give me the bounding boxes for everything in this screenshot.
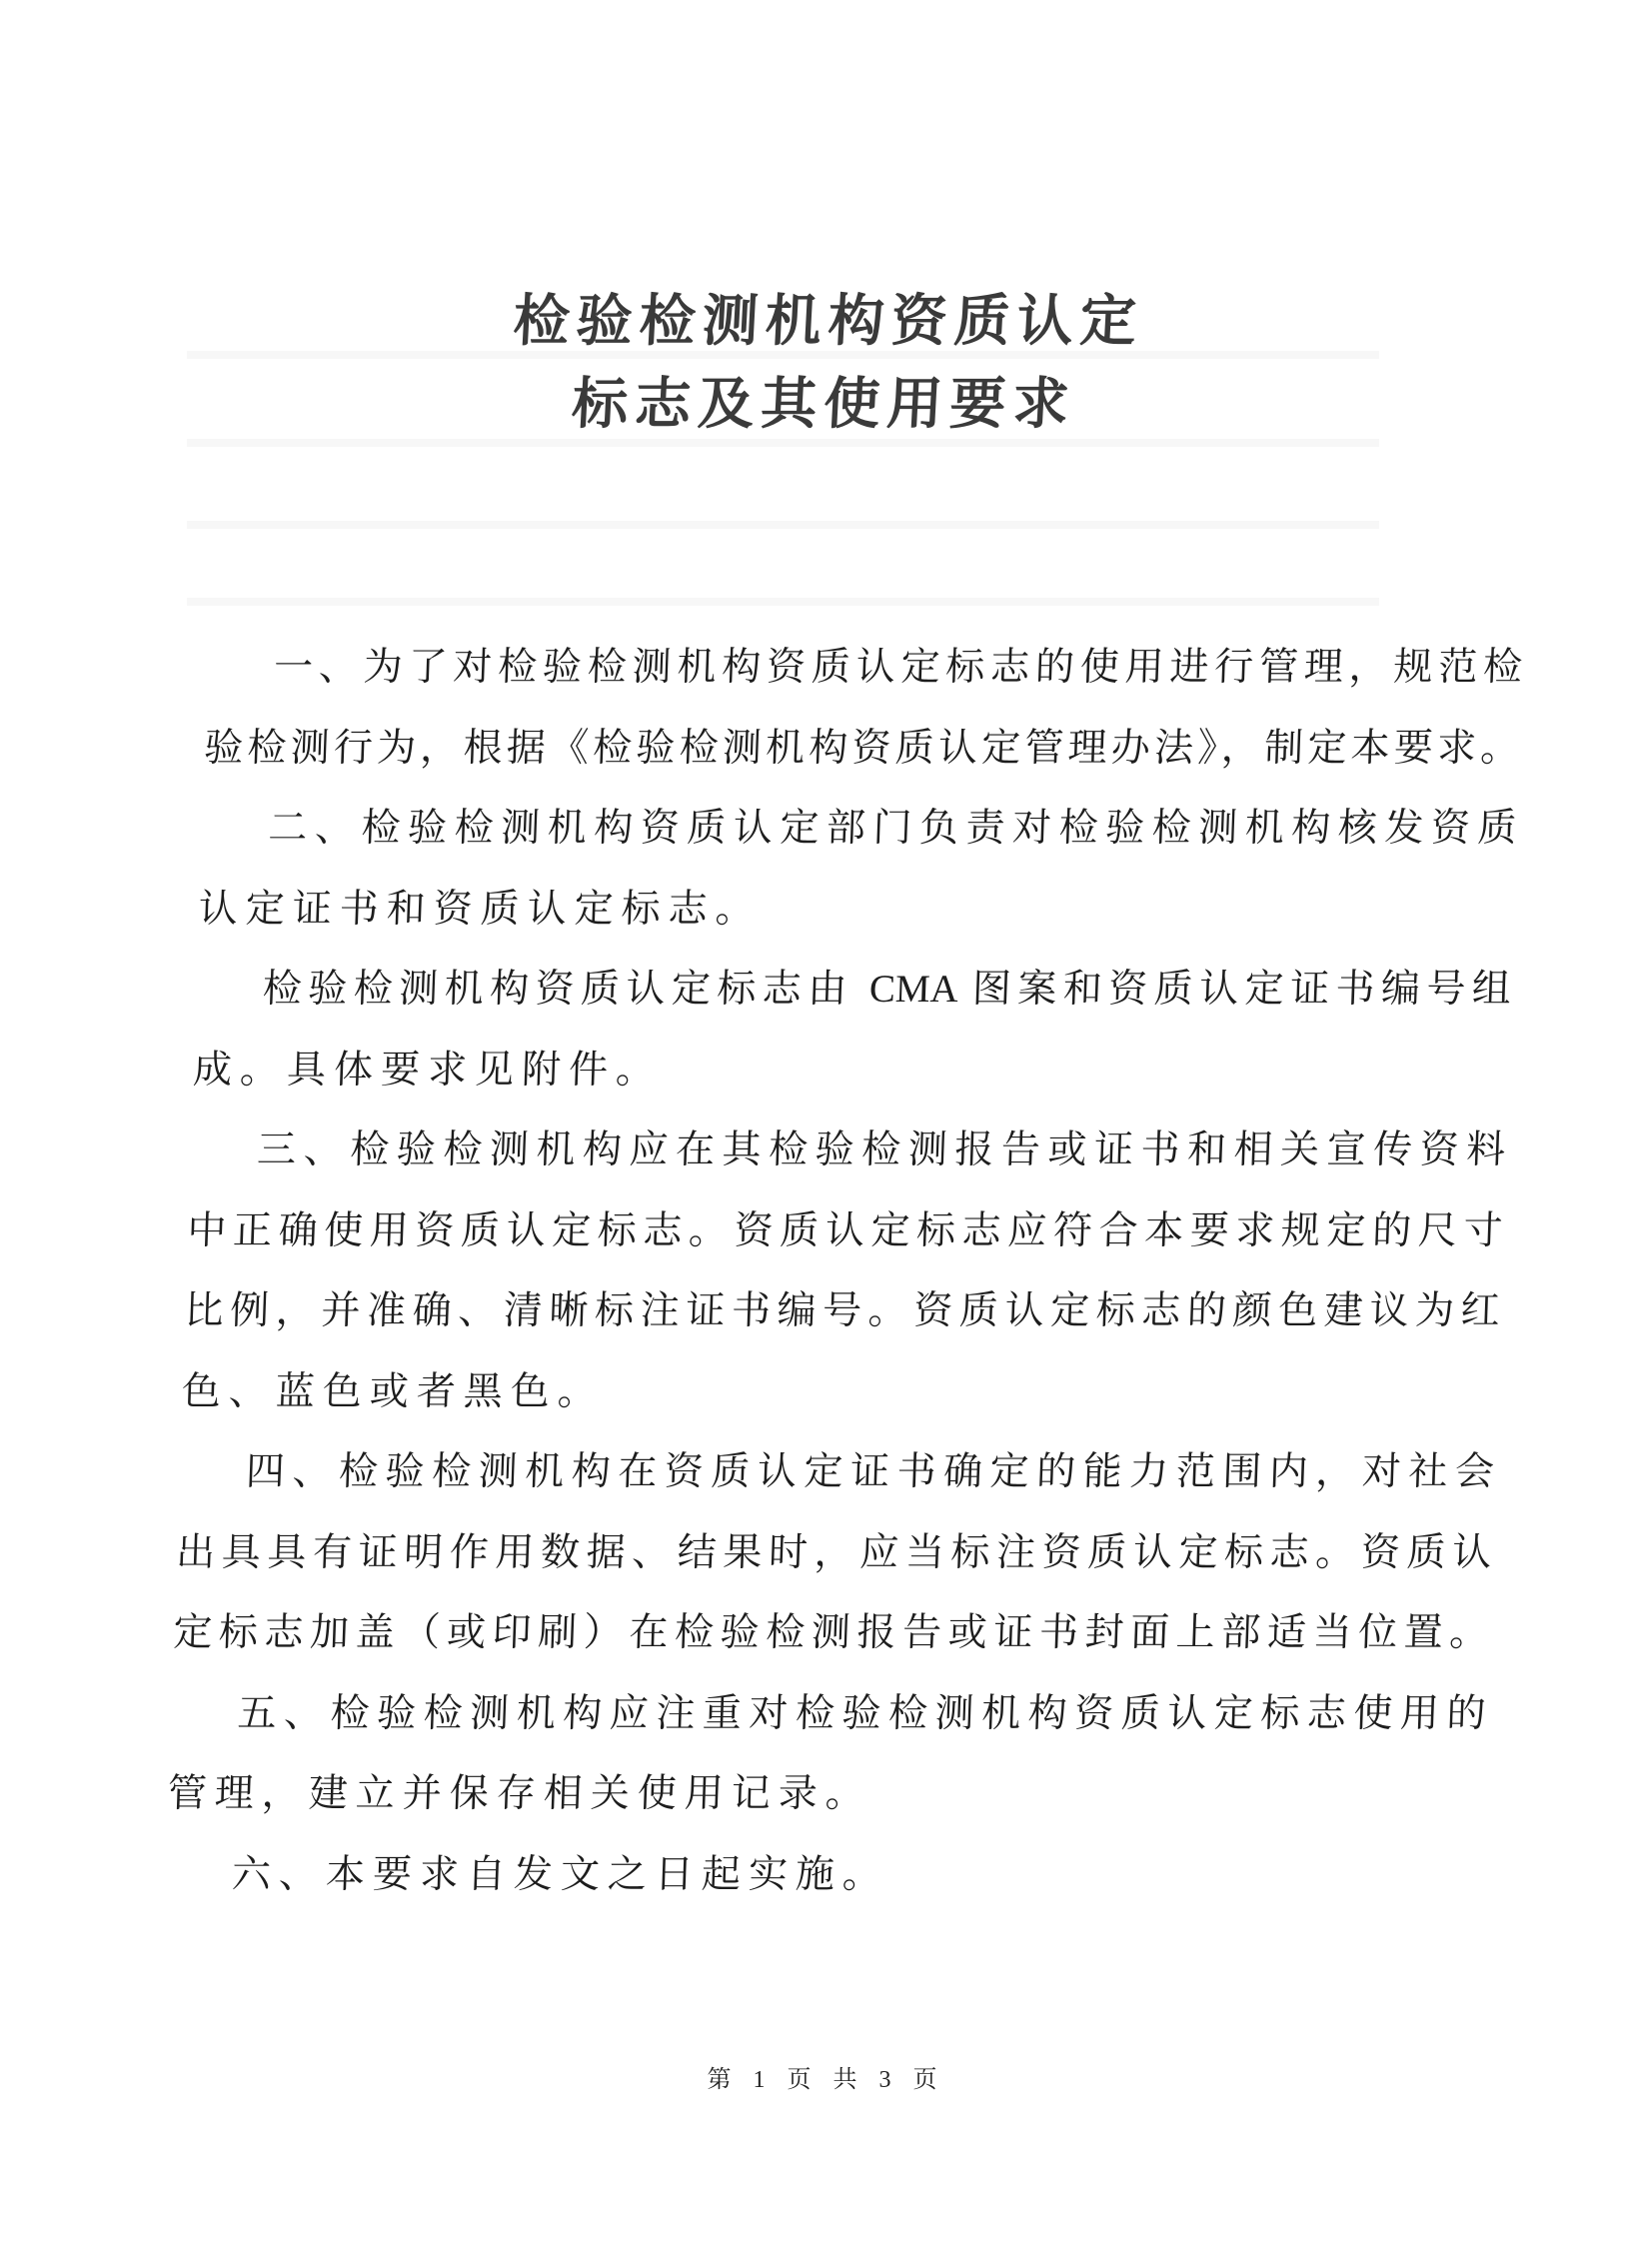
body-line-16: 六、本要求自发文之日起实施。 [164,1835,1482,1916]
body-line-5: 检验检测机构资质认定标志由 CMA 图案和资质认定证书编号组 [194,950,1512,1031]
document-body: 一、为了对检验检测机构资质认定标志的使用进行管理，规范检 验检测行为，根据《检验… [164,628,1524,1915]
scan-artifact-stripe [187,521,1379,529]
body-line-15: 管理，建立并保存相关使用记录。 [166,1754,1484,1835]
scan-artifact-stripe [187,598,1379,606]
body-line-14: 五、检验检测机构应注重对检验检测机构资质认定标志使用的 [169,1674,1487,1755]
scan-page: 检验检测机构资质认定 标志及其使用要求 一、为了对检验检测机构资质认定标志的使用… [0,0,1652,2243]
body-line-3: 二、检验检测机构资质认定部门负责对检验检测机构核发资质 [200,789,1518,870]
body-line-10: 色、蓝色或者黑色。 [180,1352,1498,1433]
title-line-1: 检验检测机构资质认定 [0,281,1652,364]
body-line-7: 三、检验检测机构应在其检验检测报告或证书和相关宣传资料 [189,1111,1507,1191]
document-title: 检验检测机构资质认定 标志及其使用要求 [0,281,1652,447]
body-line-4: 认定证书和资质认定标志。 [197,870,1515,951]
body-line-6: 成。具体要求见附件。 [192,1031,1510,1112]
body-line-8: 中正确使用资质认定标志。资质认定标志应符合本要求规定的尺寸 [186,1191,1504,1272]
body-line-13: 定标志加盖（或印刷）在检验检测报告或证书封面上部适当位置。 [172,1593,1490,1674]
body-line-9: 比例，并准确、清晰标注证书编号。资质认定标志的颜色建议为红 [183,1271,1501,1352]
body-line-11: 四、检验检测机构在资质认定证书确定的能力范围内，对社会 [178,1432,1496,1513]
body-line-1: 一、为了对检验检测机构资质认定标志的使用进行管理，规范检 [206,628,1524,709]
page-number: 第 1 页 共 3 页 [708,2067,945,2093]
body-line-2: 验检测行为，根据《检验检测机构资质认定管理办法》，制定本要求。 [203,709,1521,790]
body-line-12: 出具具有证明作用数据、结果时，应当标注资质认定标志。资质认 [175,1513,1493,1594]
page-footer: 第 1 页 共 3 页 [0,2065,1652,2095]
title-line-2: 标志及其使用要求 [0,364,1652,447]
